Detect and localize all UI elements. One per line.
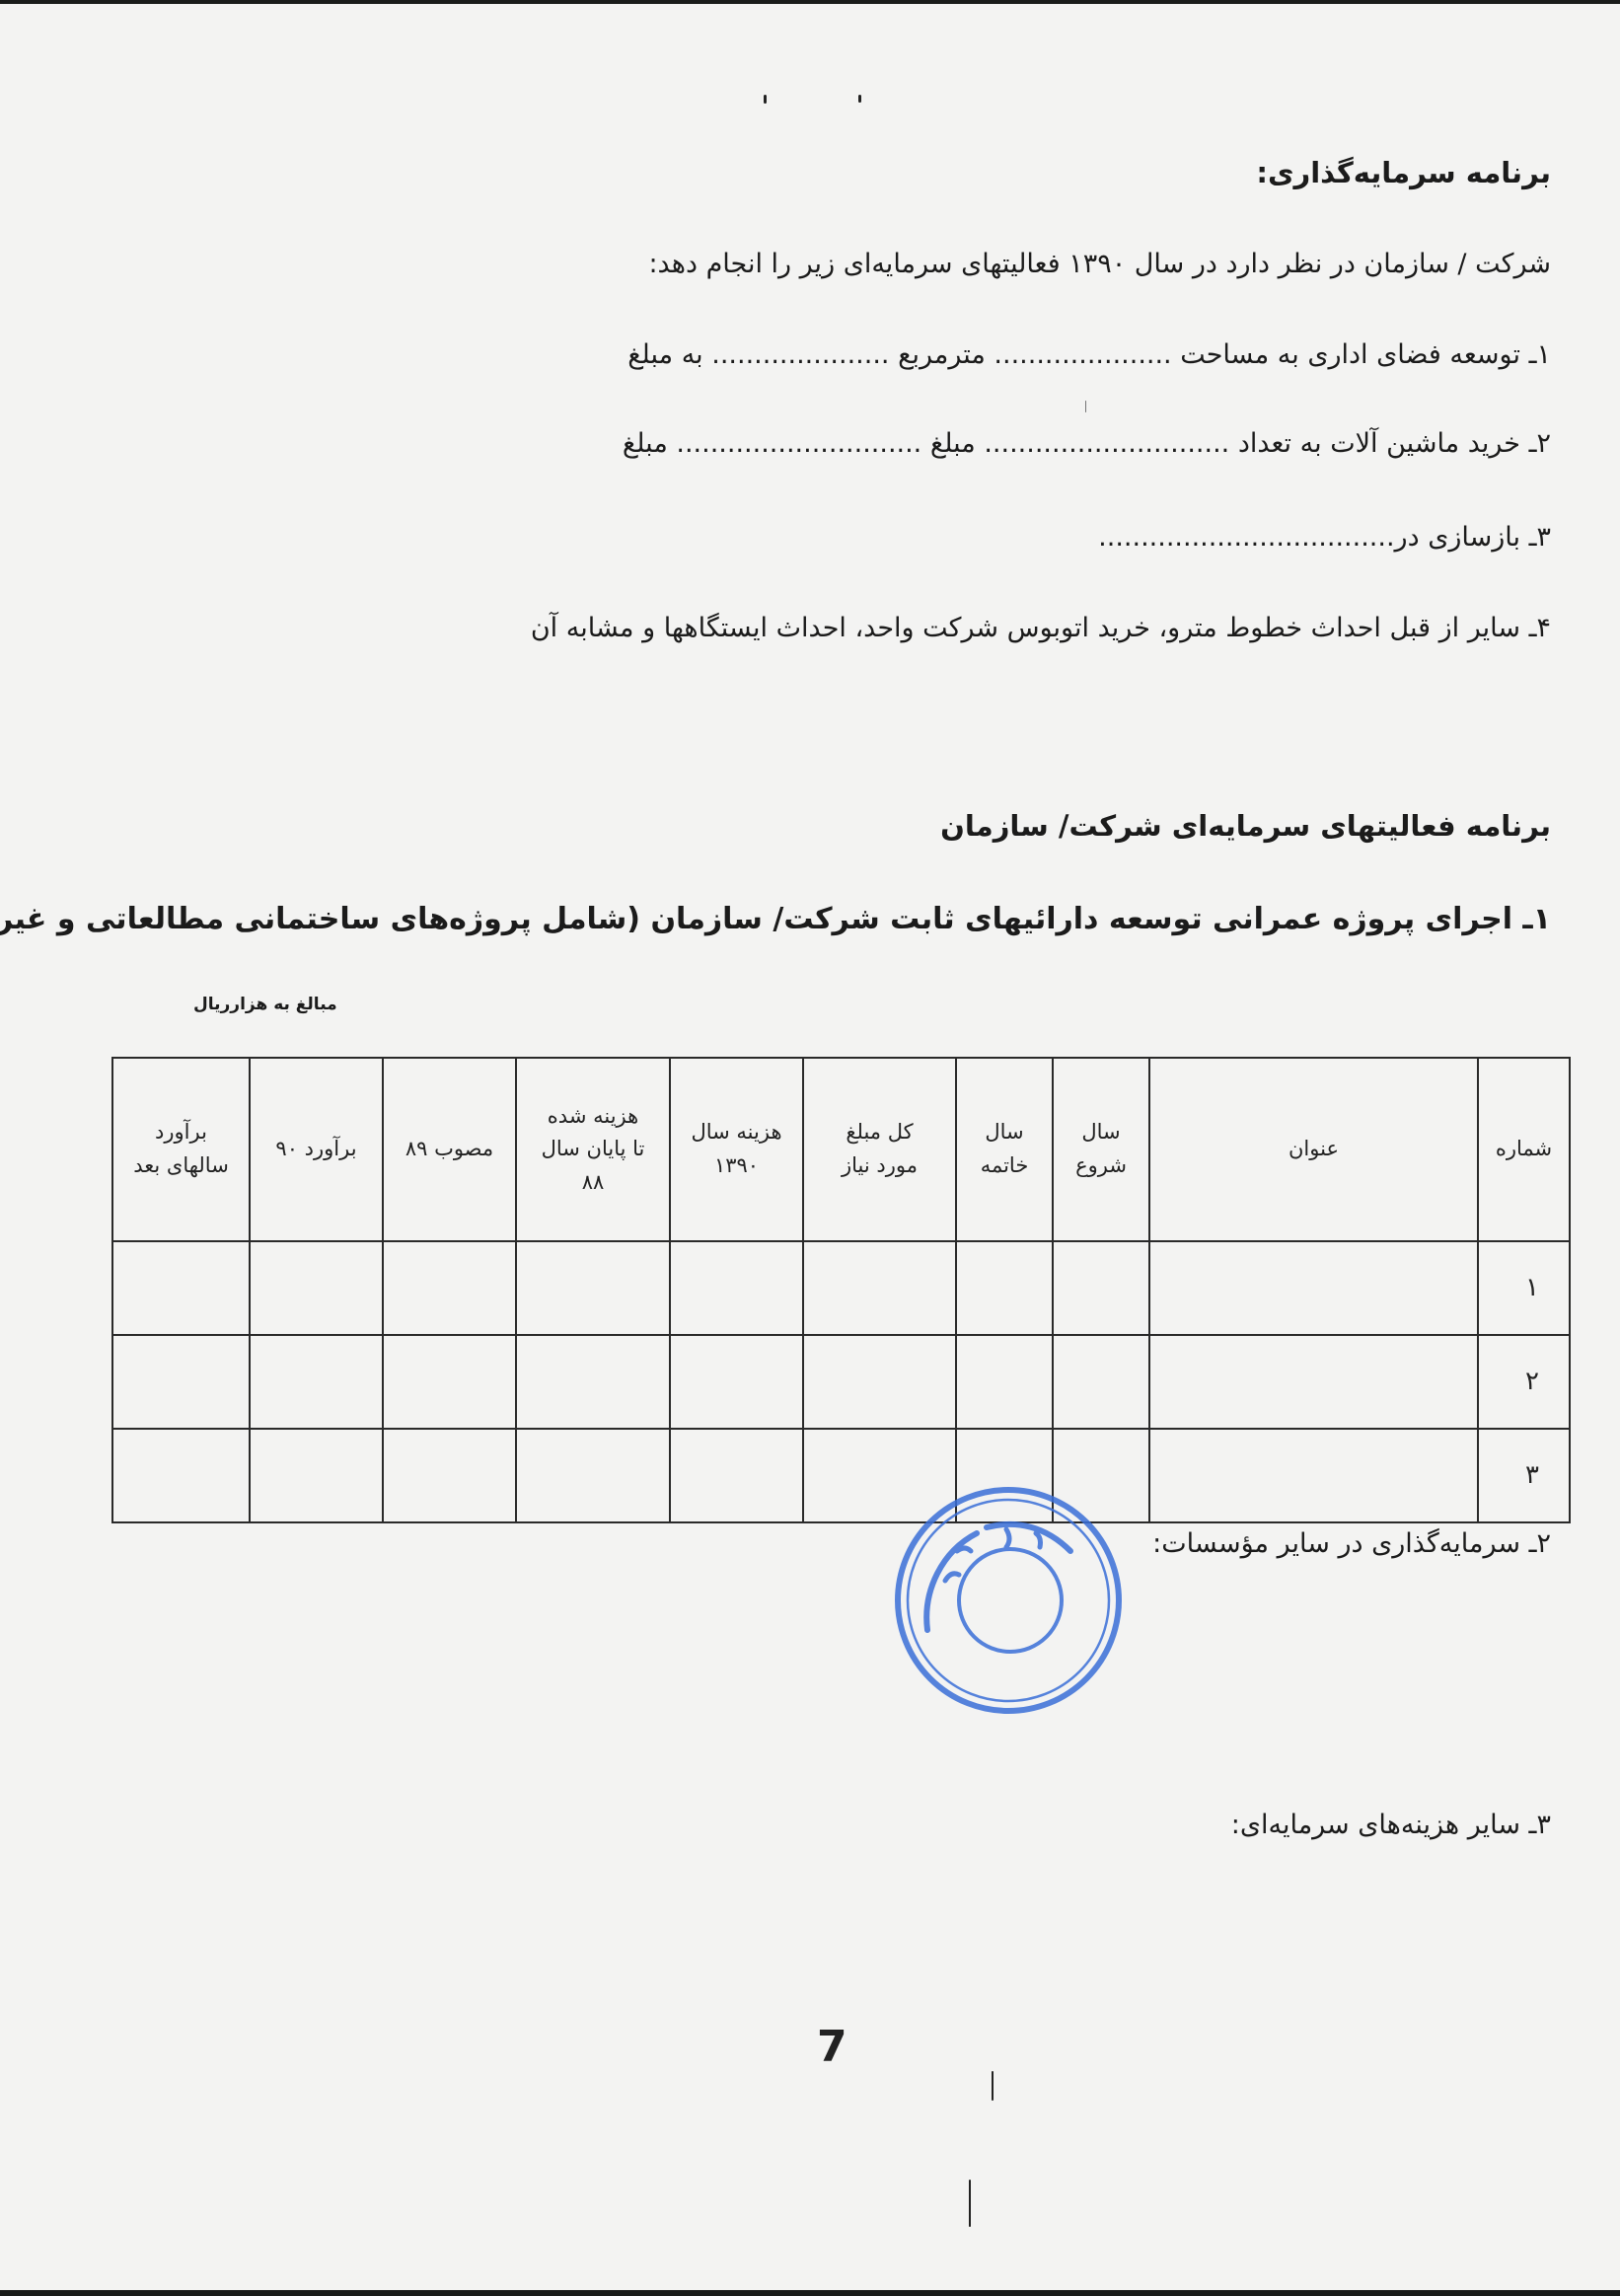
- cell-total-required[interactable]: [803, 1335, 956, 1429]
- scan-speck: [1085, 401, 1086, 412]
- cell-total-required[interactable]: [803, 1241, 956, 1335]
- cell-approved-89[interactable]: [383, 1335, 516, 1429]
- scan-speck: [764, 95, 767, 104]
- scan-mark: [992, 2071, 994, 2101]
- scan-mark: [969, 2180, 971, 2227]
- list-item-renovation: ۳ـ بازسازی در...........................…: [1098, 522, 1551, 553]
- cell-spent-until-88[interactable]: [516, 1429, 670, 1522]
- cell-estimate-90[interactable]: [250, 1241, 383, 1335]
- cell-estimate-later[interactable]: [112, 1241, 250, 1335]
- official-stamp: [888, 1482, 1129, 1723]
- cell-start-year[interactable]: [1053, 1335, 1149, 1429]
- list-item-machinery: ۲ـ خرید ماشین آلات به تعداد ............…: [623, 428, 1551, 459]
- header-title: عنوان: [1149, 1058, 1478, 1241]
- header-cost-1390: هزینه سال ۱۳۹۰: [670, 1058, 803, 1241]
- header-end-year: سال خاتمه: [956, 1058, 1053, 1241]
- capital-projects-table: شماره عنوان سال شروع سال خاتمه کل مبلغ م…: [111, 1057, 1571, 1523]
- cell-start-year[interactable]: [1053, 1241, 1149, 1335]
- subsection-1-title: ۱ـ اجرای پروژه عمرانی توسعه دارائیهای ثا…: [0, 902, 1551, 936]
- header-start-year: سال شروع: [1053, 1058, 1149, 1241]
- cell-cost-1390[interactable]: [670, 1335, 803, 1429]
- table-row: ۳: [112, 1429, 1570, 1522]
- cell-number: ۳: [1478, 1429, 1570, 1522]
- subsection-2-title: ۲ـ سرمایه‌گذاری در سایر مؤسسات:: [1152, 1528, 1551, 1559]
- heading-investment-program: برنامه سرمایه‌گذاری:: [1256, 156, 1551, 189]
- cell-title[interactable]: [1149, 1429, 1478, 1522]
- cell-spent-until-88[interactable]: [516, 1241, 670, 1335]
- cell-estimate-90[interactable]: [250, 1429, 383, 1522]
- unit-note: مبالغ به هزارریال: [193, 995, 337, 1014]
- subsection-3-title: ۳ـ سایر هزینه‌های سرمایه‌ای:: [1231, 1810, 1551, 1840]
- cell-end-year[interactable]: [956, 1241, 1053, 1335]
- cell-title[interactable]: [1149, 1335, 1478, 1429]
- intro-line: شرکت / سازمان در نظر دارد در سال ۱۳۹۰ فع…: [648, 249, 1551, 279]
- page-number: 7: [817, 2022, 847, 2072]
- cell-end-year[interactable]: [956, 1335, 1053, 1429]
- header-total-required: کل مبلغ مورد نیاز: [803, 1058, 956, 1241]
- header-spent-until-88: هزینه شده تا پایان سال ۸۸: [516, 1058, 670, 1241]
- table-row: ۱: [112, 1241, 1570, 1335]
- cell-approved-89[interactable]: [383, 1241, 516, 1335]
- cell-approved-89[interactable]: [383, 1429, 516, 1522]
- header-estimate-90: برآورد ۹۰: [250, 1058, 383, 1241]
- list-item-office-space: ۱ـ توسعه فضای اداری به مساحت ...........…: [627, 339, 1551, 370]
- cell-spent-until-88[interactable]: [516, 1335, 670, 1429]
- stamp-seal-icon: [888, 1482, 1129, 1723]
- header-number: شماره: [1478, 1058, 1570, 1241]
- cell-estimate-later[interactable]: [112, 1335, 250, 1429]
- header-approved-89: مصوب ۸۹: [383, 1058, 516, 1241]
- scan-speck: [858, 95, 861, 103]
- table-row: ۲: [112, 1335, 1570, 1429]
- document-page: برنامه سرمایه‌گذاری: شرکت / سازمان در نظ…: [0, 4, 1620, 2290]
- cell-estimate-90[interactable]: [250, 1335, 383, 1429]
- table-header-row: شماره عنوان سال شروع سال خاتمه کل مبلغ م…: [112, 1058, 1570, 1241]
- section-title: برنامه فعالیتهای سرمایه‌ای شرکت/ سازمان: [940, 809, 1551, 843]
- cell-estimate-later[interactable]: [112, 1429, 250, 1522]
- list-item-other: ۴ـ سایر از قبل احداث خطوط مترو، خرید اتو…: [531, 613, 1551, 643]
- cell-title[interactable]: [1149, 1241, 1478, 1335]
- cell-cost-1390[interactable]: [670, 1429, 803, 1522]
- cell-cost-1390[interactable]: [670, 1241, 803, 1335]
- header-estimate-later-years: برآورد سالهای بعد: [112, 1058, 250, 1241]
- cell-number: ۲: [1478, 1335, 1570, 1429]
- cell-number: ۱: [1478, 1241, 1570, 1335]
